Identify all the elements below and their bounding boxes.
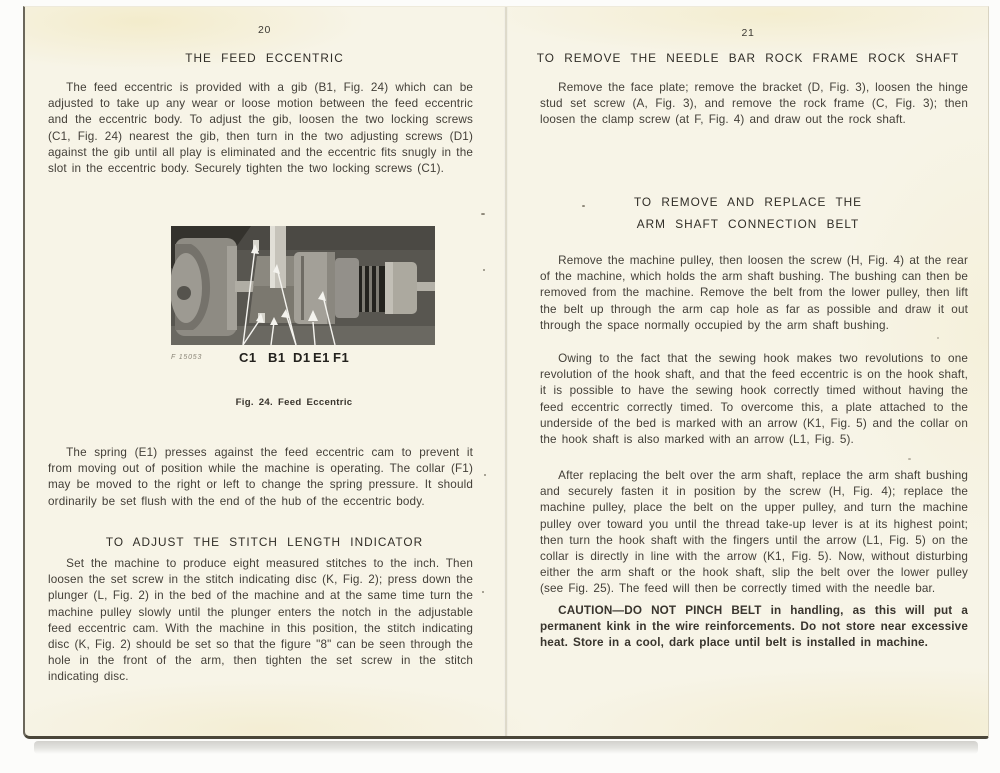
page-number: 21: [508, 27, 988, 39]
section-title-stitch-length-indicator: TO ADJUST THE STITCH LENGTH INDICATOR: [25, 535, 504, 549]
scan-speck: [482, 591, 484, 593]
section-title-belt-line2: ARM SHAFT CONNECTION BELT: [508, 217, 988, 231]
scan-speck: [483, 269, 485, 271]
photo-reference-code: F 15053: [171, 354, 202, 361]
figure-label-b1: B1: [268, 350, 286, 365]
paragraph: Remove the machine pulley, then loosen t…: [540, 253, 968, 334]
page-number: 20: [25, 24, 504, 36]
caution-lead: CAUTION—DO NOT PINCH BELT: [558, 604, 761, 617]
page-21: 21 TO REMOVE THE NEEDLE BAR ROCK FRAME R…: [508, 7, 988, 736]
section-title-belt-line1: TO REMOVE AND REPLACE THE: [508, 195, 988, 209]
scan-speck: [937, 337, 939, 339]
collar: [385, 262, 417, 314]
figure-caption: Fig. 24. Feed Eccentric: [129, 397, 459, 408]
page-drop-shadow: [34, 741, 978, 754]
scanned-book-spread: 20 THE FEED ECCENTRIC The feed eccentric…: [23, 6, 989, 739]
figure-label-c1: C1: [239, 350, 257, 365]
scan-speck: [484, 474, 486, 476]
figure-label-e1: E1: [313, 350, 330, 365]
page-20: 20 THE FEED ECCENTRIC The feed eccentric…: [25, 7, 504, 736]
scan-speck: [582, 205, 585, 207]
scan-speck: [481, 213, 485, 215]
spring: [359, 266, 385, 312]
feed-eccentric-photo: [171, 226, 435, 345]
paragraph: The feed eccentric is provided with a gi…: [48, 80, 473, 177]
paragraph: After replacing the belt over the arm sh…: [540, 468, 968, 598]
crank-cylinder: [171, 238, 237, 336]
section-title-feed-eccentric: THE FEED ECCENTRIC: [25, 51, 504, 65]
section-title-rock-shaft: TO REMOVE THE NEEDLE BAR ROCK FRAME ROCK…: [508, 51, 988, 65]
paragraph: Remove the face plate; remove the bracke…: [540, 80, 968, 129]
feed-eccentric-photo-illustration: [171, 226, 435, 345]
figure-label-d1: D1: [293, 350, 311, 365]
figure-label-f1: F1: [333, 350, 349, 365]
paragraph: Owing to the fact that the sewing hook m…: [540, 351, 968, 448]
paragraph: Set the machine to produce eight measure…: [48, 556, 473, 686]
paragraph: The spring (E1) presses against the feed…: [48, 445, 473, 510]
caution-paragraph: CAUTION—DO NOT PINCH BELT in handling, a…: [540, 603, 968, 652]
scan-speck: [908, 458, 911, 460]
